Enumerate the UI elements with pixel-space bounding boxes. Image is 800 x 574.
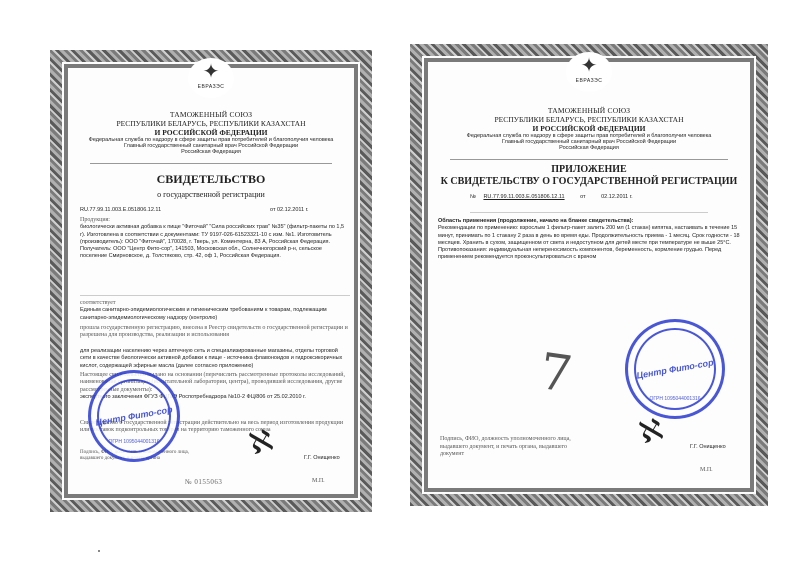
certificate-number: RU.77.99.11.003.Е.051806.12.11 [80, 207, 161, 213]
header-line: И РОССИЙСКОЙ ФЕДЕРАЦИИ [50, 128, 372, 137]
header-line: ТАМОЖЕННЫЙ СОЮЗ [50, 110, 372, 119]
stamp-place-label: М.П. [700, 467, 713, 473]
eurasec-emblem-icon: ✦ [566, 52, 612, 78]
certificate-number: RU.77.99.11.003.Е.051806.12.11 [483, 194, 564, 200]
divider [450, 159, 728, 160]
eurasec-logo: ✦ ЕВРАЗЭС [566, 52, 612, 92]
stamp-ogrn: ОГРН 1095044001316 [108, 439, 159, 445]
application-area: Область применения (продолжение, начало … [438, 218, 746, 262]
header-line: ТАМОЖЕННЫЙ СОЮЗ [410, 106, 768, 115]
number-prefix: № [470, 194, 476, 200]
document-title: СВИДЕТЕЛЬСТВО [50, 172, 372, 187]
header-line: Российская Федерация [50, 149, 372, 155]
area-label: Область применения (продолжение, начало … [438, 218, 746, 225]
company-stamp: Центр Фито-сор ОГРН 1095044001316 [88, 370, 180, 462]
divider [470, 212, 708, 213]
company-stamp: Центр Фито-сор ОГРН 1095044001316 [625, 319, 725, 419]
eurasec-logo: ✦ ЕВРАЗЭС [188, 58, 234, 98]
stamp-center-text: Центр Фито-сор [636, 357, 714, 380]
appendix-title: ПРИЛОЖЕНИЕ [410, 164, 768, 175]
divider [80, 295, 350, 296]
serial-number: № 0155063 [185, 478, 222, 486]
signer-name: Г.Г. Онищенко [690, 444, 726, 450]
header-line: РЕСПУБЛИКИ БЕЛАРУСЬ, РЕСПУБЛИКИ КАЗАХСТА… [410, 115, 768, 124]
stamp-center-text: Центр Фито-сор [95, 404, 173, 427]
certificate-date: от 02.12.2011 г. [270, 207, 309, 213]
stamp-place-label: М.П. [312, 478, 325, 484]
header-line: РЕСПУБЛИКИ БЕЛАРУСЬ, РЕСПУБЛИКИ КАЗАХСТА… [50, 119, 372, 128]
usage-text: для реализации населению через аптечную … [80, 348, 350, 370]
stamp-ogrn: ОГРН 1095044001316 [649, 396, 700, 402]
signer-name: Г.Г. Онищенко [304, 455, 340, 461]
registration-text: прошла государственную регистрацию, внес… [80, 325, 350, 340]
eurasec-emblem-icon: ✦ [188, 58, 234, 84]
certificate-date: 02.12.2011 г. [601, 194, 633, 200]
divider [90, 163, 332, 164]
logo-caption: ЕВРАЗЭС [188, 84, 234, 90]
header-line: Российская Федерация [410, 145, 768, 151]
appendix-number-line: № RU.77.99.11.003.Е.051806.12.11 от 02.1… [470, 194, 633, 200]
scan-speck [98, 550, 100, 552]
registration-certificate: ✦ ЕВРАЗЭС ТАМОЖЕННЫЙ СОЮЗ РЕСПУБЛИКИ БЕЛ… [50, 50, 372, 512]
product-text: биологически активная добавка к пище "Фи… [80, 224, 350, 260]
certificate-appendix: ✦ ЕВРАЗЭС ТАМОЖЕННЫЙ СОЮЗ РЕСПУБЛИКИ БЕЛ… [410, 44, 768, 506]
issuer-header: ТАМОЖЕННЫЙ СОЮЗ РЕСПУБЛИКИ БЕЛАРУСЬ, РЕС… [50, 110, 372, 155]
area-text: Рекомендации по применению: взрослым 1 ф… [438, 225, 746, 261]
conformity-text: Единым санитарно-эпидемиологическим и ги… [80, 307, 350, 322]
conformity-label: соответствует [80, 300, 350, 307]
header-line: И РОССИЙСКОЙ ФЕДЕРАЦИИ [410, 124, 768, 133]
appendix-subtitle: К СВИДЕТЕЛЬСТВУ О ГОСУДАРСТВЕННОЙ РЕГИСТ… [410, 176, 768, 187]
product-section: Продукция: биологически активная добавка… [80, 217, 350, 261]
conformity-section: соответствует Единым санитарно-эпидемиол… [80, 300, 350, 322]
document-subtitle: о государственной регистрации [50, 190, 372, 199]
logo-caption: ЕВРАЗЭС [566, 78, 612, 84]
issuer-header: ТАМОЖЕННЫЙ СОЮЗ РЕСПУБЛИКИ БЕЛАРУСЬ, РЕС… [410, 106, 768, 151]
date-prefix: от [580, 194, 585, 200]
signature-caption: Подпись, ФИО, должность уполномоченного … [440, 436, 590, 459]
